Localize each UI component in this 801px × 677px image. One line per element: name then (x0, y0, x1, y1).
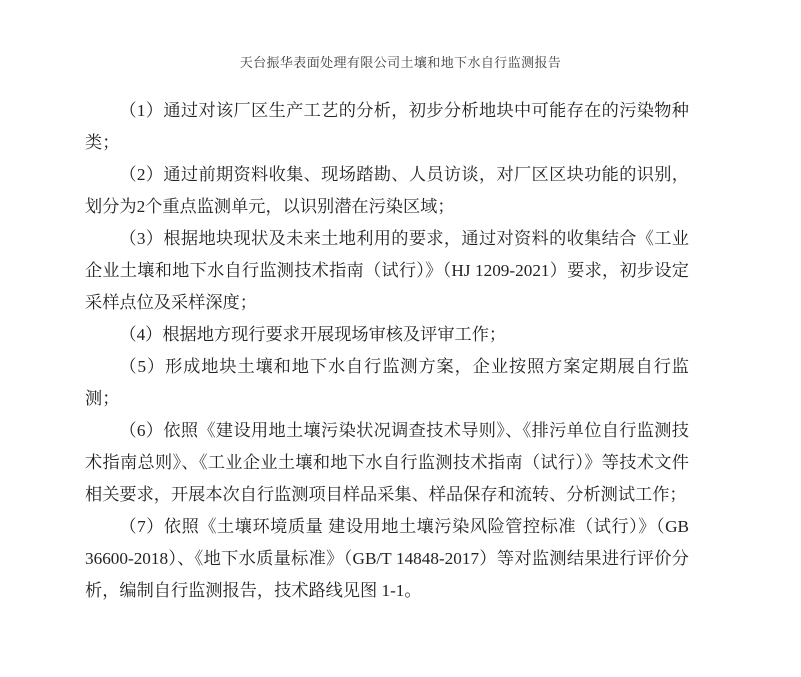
paragraph-5: （5）形成地块土壤和地下水自行监测方案，企业按照方案定期展自行监测； (85, 351, 689, 415)
paragraph-6: （6）依照《建设用地土壤污染状况调查技术导则》、《排污单位自行监测技术指南总则》… (85, 415, 689, 511)
page-header-title: 天台振华表面处理有限公司土壤和地下水自行监测报告 (0, 52, 801, 71)
document-body: （1）通过对该厂区生产工艺的分析，初步分析地块中可能存在的污染物种类； （2）通… (85, 95, 689, 607)
document-page: 天台振华表面处理有限公司土壤和地下水自行监测报告 （1）通过对该厂区生产工艺的分… (0, 0, 801, 677)
paragraph-3: （3）根据地块现状及未来土地利用的要求，通过对资料的收集结合《工业企业土壤和地下… (85, 223, 689, 319)
paragraph-4: （4）根据地方现行要求开展现场审核及评审工作； (85, 319, 689, 351)
paragraph-2: （2）通过前期资料收集、现场踏勘、人员访谈，对厂区区块功能的识别，划分为2个重点… (85, 159, 689, 223)
paragraph-7: （7）依照《土壤环境质量 建设用地土壤污染风险管控标准（试行）》（GB 3660… (85, 511, 689, 607)
paragraph-1: （1）通过对该厂区生产工艺的分析，初步分析地块中可能存在的污染物种类； (85, 95, 689, 159)
